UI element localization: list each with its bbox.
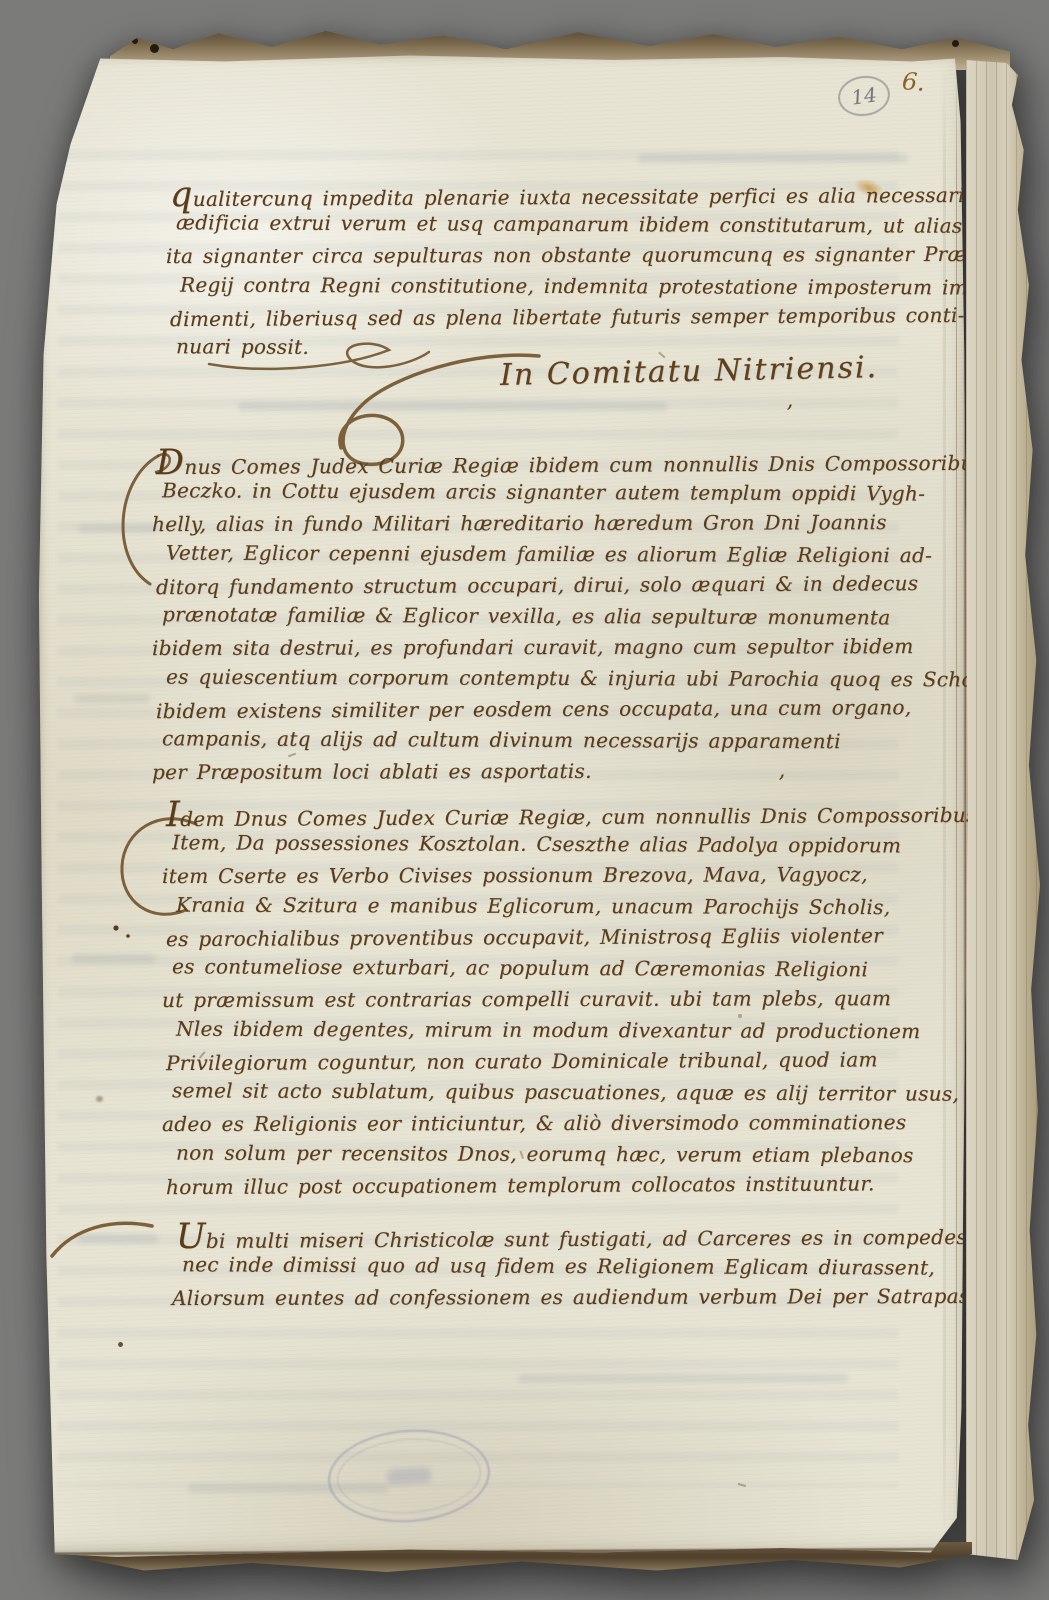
show-through-mark (74, 694, 150, 703)
manuscript-line: non solum per recensitos Dnos, eorumq hæ… (176, 1138, 966, 1172)
manuscript-line: semel sit acto sublatum, quibus pascuati… (172, 1075, 966, 1109)
manuscript-page: 14 6. qualitercunq impedita plenarie iux… (38, 54, 968, 1557)
photo-background: 14 6. qualitercunq impedita plenarie iux… (0, 0, 1049, 1600)
manuscript-line: ædificia extrui verum et usq campanarum … (176, 207, 960, 241)
manuscript-line: ibidem sita destrui, es profundari curav… (152, 631, 966, 664)
page-stack-right-edge (966, 60, 1040, 1560)
manuscript-line: nec inde dimissi quo ad usq fidem es Rel… (182, 1249, 966, 1283)
manuscript-line: Krania & Szitura e manibus Eglicorum, un… (176, 890, 966, 924)
manuscript-line: helly, alias in fundo Militari hæreditar… (152, 507, 966, 540)
show-through-mark (518, 1374, 848, 1383)
fox-spot (118, 1342, 123, 1347)
manuscript-line: Aliorsum euntes ad confessionem es audie… (172, 1281, 966, 1314)
manuscript-line: Dnus Comes Judex Curiæ Regiæ ibidem cum … (156, 444, 966, 479)
manuscript-line: Vetter, Eglicor cepenni ejusdem familiæ … (166, 538, 966, 572)
manuscript-line: adeo es Religionis eor inticiuntur, & al… (162, 1107, 966, 1140)
show-through-mark (638, 154, 908, 163)
manuscript-line: dimenti, liberiusq sed as plena libertat… (170, 300, 960, 335)
ink-tick-mark: ’ (786, 402, 793, 427)
manuscript-line: qualitercunq impedita plenarie iuxta nec… (170, 176, 960, 211)
page-right-outline (964, 58, 966, 1531)
manuscript-line: Idem Dnus Comes Judex Curiæ Regiæ, cum n… (166, 796, 966, 831)
folio-number-pencil: 14 (835, 73, 892, 120)
manuscript-line: ita signanter circa sepulturas non obsta… (166, 239, 960, 272)
manuscript-line: Ubi multi miseri Christicolæ sunt fustig… (176, 1218, 966, 1253)
paragraph-1: qualitercunq impedita plenarie iuxta nec… (170, 178, 960, 364)
manuscript-line: Item, Da possessiones Kosztolan. Cseszth… (172, 827, 966, 861)
folio-number-ink: 6. (901, 67, 926, 97)
manuscript-line: horum illuc post occupationem templorum … (166, 1168, 966, 1203)
wormhole-spot (132, 38, 138, 44)
manuscript-line: es parochialibus proventibus occupavit, … (166, 920, 966, 955)
wormhole-spot (952, 40, 959, 47)
manuscript-line: Privilegiorum coguntur, non curato Domin… (166, 1044, 966, 1079)
manuscript-line: es contumeliose exturbari, ac populum ad… (172, 951, 966, 985)
manuscript-line: ut præmissum est contrarias compelli cur… (162, 983, 966, 1016)
manuscript-line: prænotatæ familiæ & Eglicor vexilla, es … (162, 599, 966, 634)
bound-volume: 14 6. qualitercunq impedita plenarie iux… (0, 0, 1049, 1600)
manuscript-line: Beczko. in Cottu ejusdem arcis signanter… (162, 475, 966, 510)
folio-pencil-value: 14 (850, 82, 879, 109)
fox-spot (96, 1096, 103, 1102)
manuscript-line: Nles ibidem degentes, mirum in modum div… (176, 1014, 966, 1048)
manuscript-line: per Præpositum loci ablati es asportatis… (152, 755, 966, 788)
marginal-swoosh-flourish (48, 1210, 158, 1266)
manuscript-line: ibidem existens similiter per eosdem cen… (156, 692, 966, 727)
manuscript-line: ditorq fundamento structum occupari, dir… (156, 568, 966, 603)
paragraph-3: Idem Dnus Comes Judex Curiæ Regiæ, cum n… (166, 798, 966, 1201)
manuscript-line: item Cserte es Verbo Civises possionum B… (162, 859, 966, 892)
manuscript-line: es quiescentium corporum contemptu & inj… (166, 662, 966, 696)
wormhole-spot (150, 44, 159, 53)
manuscript-line: Regij contra Regni constitutione, indemn… (180, 270, 960, 304)
paragraph-4: Ubi multi miseri Christicolæ sunt fustig… (176, 1220, 966, 1313)
manuscript-line: campanis, atq alijs ad cultum divinum ne… (162, 723, 966, 758)
paragraph-2: Dnus Comes Judex Curiæ Regiæ ibidem cum … (156, 446, 966, 787)
